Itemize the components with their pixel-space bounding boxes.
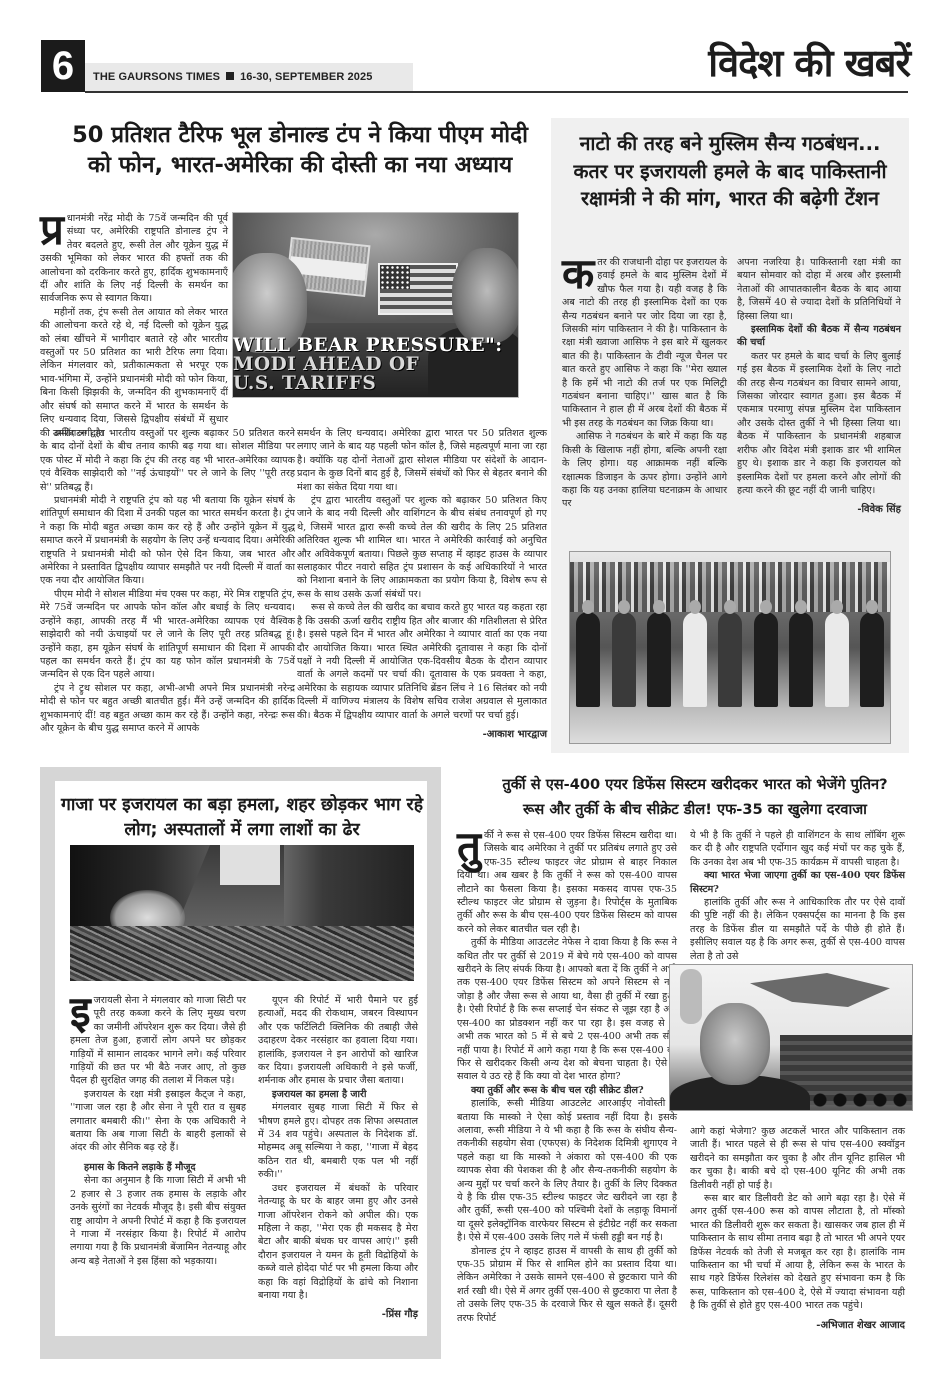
article-trump-modi-col3: समर्थन के लिए धन्यवाद। अमेरिका द्वारा भा…: [297, 427, 547, 741]
dropcap: क: [562, 256, 594, 292]
image-modi-trump-tariffs: WILL BEAR PRESSURE": MODI AHEAD OF U.S. …: [232, 212, 519, 398]
article-nato-col2: अपना नजरिया है। पाकिस्तानी रक्षा मंत्री …: [737, 256, 901, 517]
paragraph: इजरायल के रक्षा मंत्री इस्राइल कैट्ज ने …: [70, 1088, 246, 1155]
paragraph: जरायली सेना ने मंगलवार को गाजा सिटी पर प…: [70, 994, 246, 1088]
article-trump-modi-col2: वाशिंगटन द्वारा भारतीय वस्तुओं पर शुल्क …: [40, 427, 295, 735]
paragraph: ये भी है कि तुर्की ने पहले ही वाशिंगटन क…: [690, 829, 905, 869]
paragraph: रूस से कच्चे तेल की खरीद का बचाव करते हु…: [297, 601, 547, 722]
byline: -आकाश भारद्वाज: [297, 728, 547, 741]
article-turkey-col2: ये भी है कि तुर्की ने पहले ही वाशिंगटन क…: [690, 829, 905, 963]
image-caption: WILL BEAR PRESSURE": MODI AHEAD OF U.S. …: [233, 336, 503, 393]
paragraph: सेना का अनुमान है कि गाजा सिटी में अभी भ…: [70, 1174, 246, 1268]
square-bullet-icon: [226, 72, 234, 80]
paragraph: र्की ने रूस से एस-400 एयर डिफेंस सिस्टम …: [457, 829, 677, 936]
headline-nato: नाटो की तरह बने मुस्लिम सैन्य गठबंधन... …: [560, 130, 900, 213]
headline-turkey-s400: तुर्की से एस-400 एयर डिफेंस सिस्टम खरीदक…: [470, 772, 920, 822]
publication-name: THE GAURSONS TIMES: [93, 71, 220, 83]
section-title: विदेश की खबरें: [708, 36, 910, 90]
paragraph: ट्रंप द्वारा भारतीय वस्तुओं पर शुल्क को …: [297, 494, 547, 601]
article-gaza-col2: यूएन की रिपोर्ट में भारी पैमाने पर हुई ह…: [258, 994, 418, 1322]
article-trump-modi-col1: प्र धानमंत्री नरेंद्र मोदी के 75वें जन्म…: [40, 212, 228, 440]
subheading: इस्लामिक देशों की बैठक में सैन्य गठबंधन …: [737, 323, 901, 350]
erdogan-portrait: [700, 1003, 770, 1085]
paragraph: धानमंत्री नरेंद्र मोदी के 75वें जन्मदिन …: [40, 212, 228, 306]
paragraph: डोनाल्ड ट्रंप ने व्हाइट हाउस में वापसी क…: [457, 1245, 677, 1325]
paragraph: ट्रंप ने ट्रुथ सोशल पर कहा, अभी-अभी अपने…: [40, 682, 295, 736]
dropcap: प्र: [40, 212, 64, 248]
paragraph: उधर इजरायल में बंधकों के परिवार नेतन्याह…: [258, 1182, 418, 1303]
image-islamic-summit-group-photo: [569, 551, 891, 744]
paragraph: आसिफ ने गठबंधन के बारे में कहा कि यह किस…: [562, 430, 727, 510]
paragraph: वाशिंगटन द्वारा भारतीय वस्तुओं पर शुल्क …: [40, 427, 295, 494]
byline: -प्रिंस गौड़: [258, 1308, 418, 1321]
subheading: क्या भारत भेजा जाएगा तुर्की का एस-400 एय…: [690, 869, 905, 896]
paragraph: तुर्की के मीडिया आउटलेट नेफेस ने दावा कि…: [457, 936, 677, 1083]
publication-strip: THE GAURSONS TIMES16-30, SEPTEMBER 2025: [85, 63, 413, 92]
headline-trump-modi: 50 प्रतिशत टैरिफ भूल डोनाल्ड टंप ने किया…: [60, 120, 540, 180]
paragraph: रूस बार बार डिलीवरी डेट को आगे बढ़ा रहा …: [690, 1192, 905, 1313]
paragraph: हालांकि तुर्की और रूस ने आधिकारिक तौर पर…: [690, 896, 905, 963]
f35-jet-graphic: [750, 973, 890, 1007]
image-erdogan-s400-f35: [669, 964, 913, 1111]
image-gaza-destruction: [70, 845, 414, 981]
paragraph: समर्थन के लिए धन्यवाद। अमेरिका द्वारा भा…: [297, 427, 547, 494]
page-number: 6: [41, 40, 85, 92]
paragraph: पीएम मोदी ने सोशल मीडिया मंच एक्स पर कहा…: [40, 588, 295, 682]
issue-date: 16-30, SEPTEMBER 2025: [240, 71, 372, 83]
article-gaza-col1: इ जरायली सेना ने मंगलवार को गाजा सिटी पर…: [70, 994, 246, 1268]
paragraph: यूएन की रिपोर्ट में भारी पैमाने पर हुई ह…: [258, 994, 418, 1088]
article-nato-col1: क तर की राजधानी दोहा पर इजरायल के हवाई ह…: [562, 256, 727, 511]
headline-gaza: गाजा पर इजरायल का बड़ा हमला, शहर छोड़कर …: [60, 793, 424, 843]
paragraph: अपना नजरिया है। पाकिस्तानी रक्षा मंत्री …: [737, 256, 901, 323]
masthead-rule: [85, 91, 908, 93]
paragraph: महीनों तक, ट्रंप रूसी तेल आयात को लेकर भ…: [40, 306, 228, 440]
paragraph: हालांकि, रूसी मीडिया आउटलेट आरआईए नोवोस्…: [457, 1097, 677, 1244]
trump-portrait: [452, 248, 519, 343]
paragraph: मंगलवार सुबह गाजा सिटी में फिर से भीषण ह…: [258, 1101, 418, 1181]
article-turkey-col1: तु र्की ने रूस से एस-400 एयर डिफेंस सिस्…: [457, 829, 677, 1325]
article-turkey-col2-bottom: आगे कहां भेजेगा? कुछ अटकलें भारत और पाकि…: [690, 1125, 905, 1332]
dropcap: इ: [70, 994, 91, 1030]
dropcap: तु: [457, 829, 481, 865]
us-flag-container-graphic: [378, 263, 458, 315]
newspaper-page: 6 THE GAURSONS TIMES16-30, SEPTEMBER 202…: [0, 0, 950, 1377]
subheading: क्या तुर्की और रूस के बीच चल रही सीक्रेट…: [457, 1084, 677, 1097]
paragraph: आगे कहां भेजेगा? कुछ अटकलें भारत और पाकि…: [690, 1125, 905, 1192]
subheading: इजरायल का हमला है जारी: [258, 1088, 418, 1101]
paragraph: कतर पर हमले के बाद चर्चा के लिए बुलाई गई…: [737, 350, 901, 497]
subheading: हमास के कितने लड़ाके हैं मौजूद: [70, 1161, 246, 1174]
byline: -विवेक सिंह: [737, 503, 901, 516]
paragraph: प्रधानमंत्री मोदी ने राष्ट्रपति ट्रंप को…: [40, 494, 295, 588]
byline: -अभिजात शेखर आजाद: [690, 1319, 905, 1332]
